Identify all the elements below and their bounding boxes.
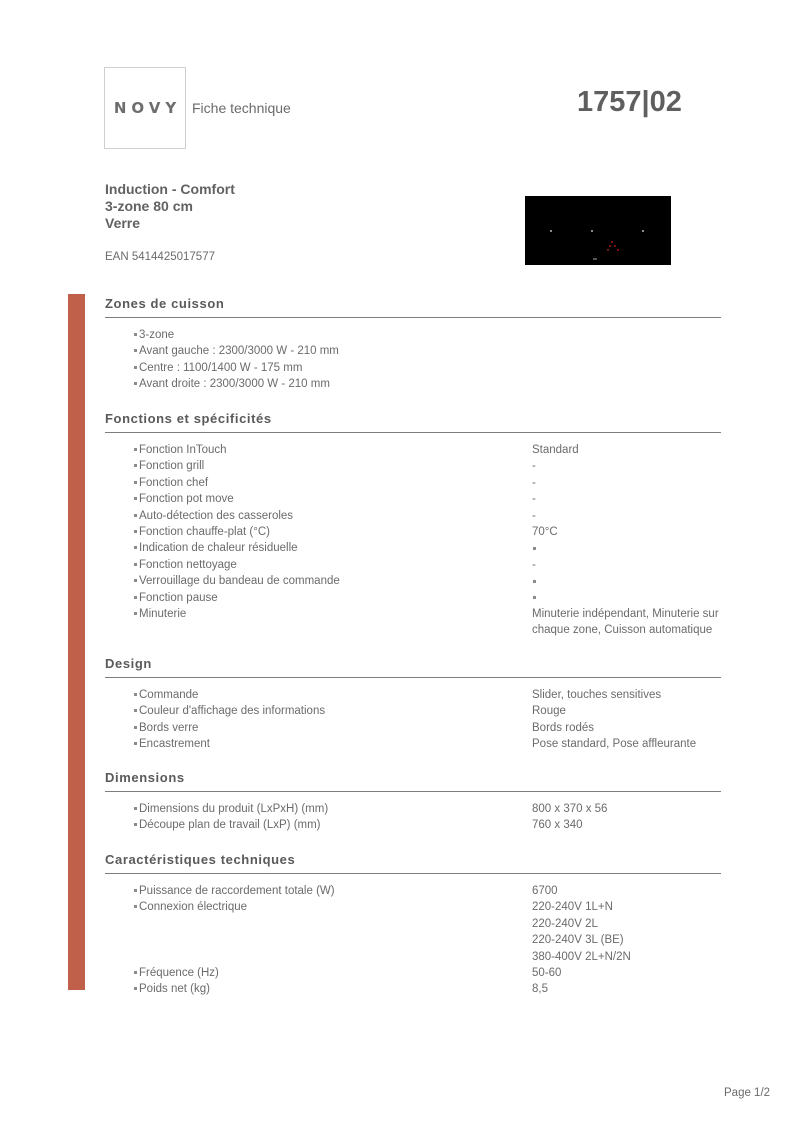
spec-label-text: 3-zone <box>133 329 174 341</box>
spec-section: Caractéristiques techniquesPuissance de … <box>105 852 721 998</box>
spec-row: Centre : 1100/1400 W - 175 mm <box>105 360 721 376</box>
spec-value: 760 x 340 <box>532 817 721 833</box>
spec-label: Auto-détection des casseroles <box>105 508 532 524</box>
spec-rows: Fonction InTouchStandardFonction grill-F… <box>105 442 721 639</box>
spec-label-text: Commande <box>133 689 198 701</box>
spec-section: DesignCommandeSlider, touches sensitives… <box>105 656 721 753</box>
spec-label-text: Fonction nettoyage <box>133 559 237 571</box>
spec-value: Standard <box>532 442 721 458</box>
page-number: Page 1/2 <box>724 1087 770 1099</box>
spec-row: Indication de chaleur résiduelle <box>105 540 721 556</box>
spec-label-text: Fonction InTouch <box>133 444 227 456</box>
spec-row: CommandeSlider, touches sensitives <box>105 687 721 703</box>
section-title: Zones de cuisson <box>105 296 721 318</box>
product-title-line: 3-zone 80 cm <box>105 198 235 215</box>
spec-row: Couleur d'affichage des informationsRoug… <box>105 703 721 719</box>
spec-label-text: Poids net (kg) <box>133 983 210 995</box>
document-type: Fiche technique <box>192 100 291 116</box>
spec-row: Puissance de raccordement totale (W)6700 <box>105 883 721 899</box>
spec-value: Pose standard, Pose affleurante <box>532 736 721 752</box>
spec-value: - <box>532 557 721 573</box>
spec-value: - <box>532 475 721 491</box>
spec-label: Connexion électrique <box>105 899 532 965</box>
spec-label: Indication de chaleur résiduelle <box>105 540 532 556</box>
spec-value <box>532 573 721 589</box>
spec-row: Fonction grill- <box>105 458 721 474</box>
spec-label-text: Centre : 1100/1400 W - 175 mm <box>133 362 302 374</box>
spec-rows: 3-zoneAvant gauche : 2300/3000 W - 210 m… <box>105 327 721 393</box>
section-title: Caractéristiques techniques <box>105 852 721 874</box>
spec-label-text: Puissance de raccordement totale (W) <box>133 885 335 897</box>
yes-marker-icon <box>533 596 536 599</box>
spec-label: Centre : 1100/1400 W - 175 mm <box>105 360 532 376</box>
spec-label: Découpe plan de travail (LxP) (mm) <box>105 817 532 833</box>
spec-label: Commande <box>105 687 532 703</box>
spec-label-text: Auto-détection des casseroles <box>133 510 293 522</box>
spec-row: Fonction pause <box>105 590 721 606</box>
spec-label-text: Fonction pot move <box>133 493 234 505</box>
yes-marker-icon <box>533 547 536 550</box>
spec-label: Puissance de raccordement totale (W) <box>105 883 532 899</box>
spec-row: 3-zone <box>105 327 721 343</box>
spec-value: 50-60 <box>532 965 721 981</box>
spec-label-text: Fonction grill <box>133 460 204 472</box>
spec-label-text: Fonction chauffe-plat (°C) <box>133 526 270 538</box>
spec-value: 70°C <box>532 524 721 540</box>
spec-label: Fonction grill <box>105 458 532 474</box>
spec-section: Zones de cuisson3-zoneAvant gauche : 230… <box>105 296 721 393</box>
spec-value <box>532 376 721 392</box>
spec-value <box>532 540 721 556</box>
spec-label: Fonction chef <box>105 475 532 491</box>
product-reference: 1757|02 <box>577 86 682 119</box>
spec-label: Poids net (kg) <box>105 981 532 997</box>
product-title-line: Verre <box>105 215 235 232</box>
spec-label-text: Couleur d'affichage des informations <box>133 705 325 717</box>
spec-value: Bords rodés <box>532 720 721 736</box>
spec-label-text: Indication de chaleur résiduelle <box>133 542 298 554</box>
spec-row: Bords verreBords rodés <box>105 720 721 736</box>
spec-label-text: Dimensions du produit (LxPxH) (mm) <box>133 803 328 815</box>
spec-row: Fonction nettoyage- <box>105 557 721 573</box>
spec-label: Fonction pot move <box>105 491 532 507</box>
spec-row: Avant droite : 2300/3000 W - 210 mm <box>105 376 721 392</box>
spec-row: Auto-détection des casseroles- <box>105 508 721 524</box>
spec-value: Minuterie indépendant, Minuterie sur cha… <box>532 606 721 639</box>
spec-row: Fonction chef- <box>105 475 721 491</box>
brand-logo: NOVY <box>104 67 186 149</box>
spec-label: Encastrement <box>105 736 532 752</box>
spec-label: Dimensions du produit (LxPxH) (mm) <box>105 801 532 817</box>
section-title: Fonctions et spécificités <box>105 411 721 433</box>
spec-rows: Dimensions du produit (LxPxH) (mm)800 x … <box>105 801 721 834</box>
spec-row: Découpe plan de travail (LxP) (mm)760 x … <box>105 817 721 833</box>
spec-value: 220-240V 1L+N 220-240V 2L 220-240V 3L (B… <box>532 899 721 965</box>
ean-code: EAN 5414425017577 <box>105 251 215 263</box>
accent-sidebar <box>68 294 85 990</box>
spec-value: Slider, touches sensitives <box>532 687 721 703</box>
spec-row: Verrouillage du bandeau de commande <box>105 573 721 589</box>
spec-label: Fonction InTouch <box>105 442 532 458</box>
spec-value: 800 x 370 x 56 <box>532 801 721 817</box>
product-title-line: Induction - Comfort <box>105 181 235 198</box>
spec-section: DimensionsDimensions du produit (LxPxH) … <box>105 770 721 834</box>
spec-label: Fonction pause <box>105 590 532 606</box>
spec-value: 6700 <box>532 883 721 899</box>
spec-row: Connexion électrique220-240V 1L+N 220-24… <box>105 899 721 965</box>
spec-rows: CommandeSlider, touches sensitivesCouleu… <box>105 687 721 753</box>
spec-value <box>532 590 721 606</box>
section-title: Design <box>105 656 721 678</box>
spec-value <box>532 343 721 359</box>
spec-row: Fonction InTouchStandard <box>105 442 721 458</box>
product-title: Induction - Comfort 3-zone 80 cm Verre <box>105 181 235 232</box>
spec-label: Fonction chauffe-plat (°C) <box>105 524 532 540</box>
spec-label: Minuterie <box>105 606 532 639</box>
product-image <box>525 196 671 265</box>
spec-label: 3-zone <box>105 327 532 343</box>
spec-value: Rouge <box>532 703 721 719</box>
spec-label-text: Avant droite : 2300/3000 W - 210 mm <box>133 378 330 390</box>
spec-label-text: Fréquence (Hz) <box>133 967 219 979</box>
spec-label: Avant droite : 2300/3000 W - 210 mm <box>105 376 532 392</box>
yes-marker-icon <box>533 580 536 583</box>
spec-value <box>532 360 721 376</box>
spec-label-text: Découpe plan de travail (LxP) (mm) <box>133 819 321 831</box>
spec-row: Poids net (kg)8,5 <box>105 981 721 997</box>
spec-value: 8,5 <box>532 981 721 997</box>
spec-label-text: Connexion électrique <box>133 901 247 913</box>
spec-rows: Puissance de raccordement totale (W)6700… <box>105 883 721 998</box>
spec-label-text: Minuterie <box>133 608 186 620</box>
spec-row: Fréquence (Hz)50-60 <box>105 965 721 981</box>
spec-row: MinuterieMinuterie indépendant, Minuteri… <box>105 606 721 639</box>
spec-label-text: Verrouillage du bandeau de commande <box>133 575 340 587</box>
spec-label: Bords verre <box>105 720 532 736</box>
spec-row: Fonction pot move- <box>105 491 721 507</box>
spec-label: Fréquence (Hz) <box>105 965 532 981</box>
spec-section: Fonctions et spécificitésFonction InTouc… <box>105 411 721 639</box>
spec-label-text: Fonction pause <box>133 592 218 604</box>
brand-name: NOVY <box>114 99 181 117</box>
spec-label-text: Fonction chef <box>133 477 208 489</box>
spec-row: Avant gauche : 2300/3000 W - 210 mm <box>105 343 721 359</box>
spec-value: - <box>532 491 721 507</box>
spec-row: EncastrementPose standard, Pose affleura… <box>105 736 721 752</box>
spec-label: Fonction nettoyage <box>105 557 532 573</box>
spec-row: Dimensions du produit (LxPxH) (mm)800 x … <box>105 801 721 817</box>
spec-label-text: Bords verre <box>133 722 198 734</box>
spec-label-text: Avant gauche : 2300/3000 W - 210 mm <box>133 345 339 357</box>
spec-value: - <box>532 508 721 524</box>
section-title: Dimensions <box>105 770 721 792</box>
spec-label: Verrouillage du bandeau de commande <box>105 573 532 589</box>
spec-label: Couleur d'affichage des informations <box>105 703 532 719</box>
spec-value <box>532 327 721 343</box>
spec-value: - <box>532 458 721 474</box>
spec-label: Avant gauche : 2300/3000 W - 210 mm <box>105 343 532 359</box>
spec-label-text: Encastrement <box>133 738 210 750</box>
spec-row: Fonction chauffe-plat (°C)70°C <box>105 524 721 540</box>
